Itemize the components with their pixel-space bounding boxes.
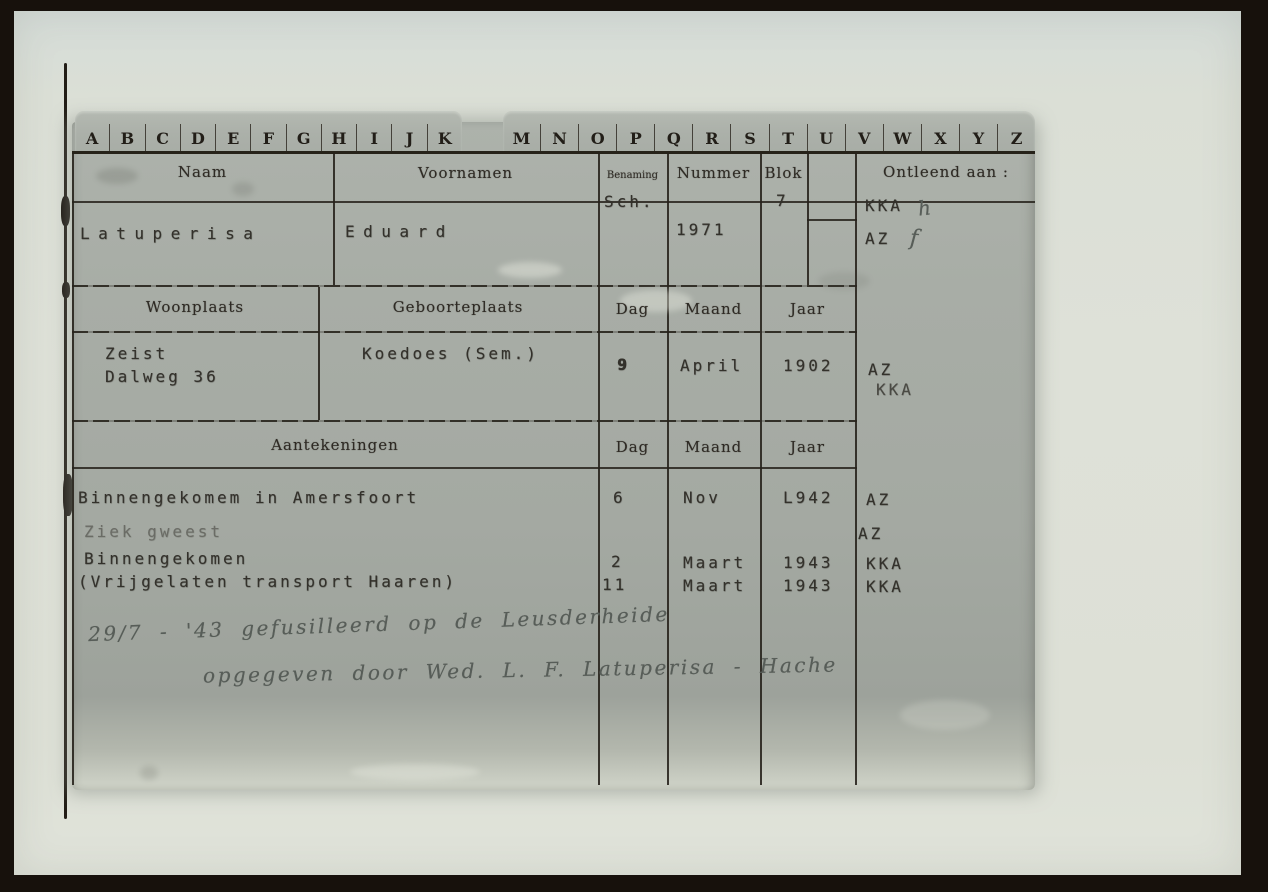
annotation-dag-1: 6 xyxy=(613,488,626,507)
alphabet-tab: B xyxy=(109,124,144,153)
header-blok: Blok xyxy=(760,164,807,182)
stain xyxy=(140,766,158,780)
table-rule-row2-bottom xyxy=(72,420,857,422)
header-nummer: Nummer xyxy=(667,164,760,182)
annotation-jaar-4: 1943 xyxy=(783,576,834,595)
alphabet-tab: R xyxy=(692,124,730,153)
alphabet-tab: M xyxy=(503,124,540,153)
alphabet-tab: Y xyxy=(959,124,997,153)
table-rule-dag-maand xyxy=(667,153,669,785)
value-benaming: Sch. xyxy=(604,192,655,211)
annotation-jaar-3: 1943 xyxy=(783,553,834,572)
alphabet-tab: N xyxy=(540,124,578,153)
header-woonplaats: Woonplaats xyxy=(72,298,318,316)
alphabet-tab: H xyxy=(321,124,356,153)
alphabet-tab: O xyxy=(578,124,616,153)
alphabet-tab: I xyxy=(356,124,391,153)
value-blok: 7 xyxy=(776,191,789,210)
alphabet-tab: P xyxy=(616,124,654,153)
alphabet-tab: K xyxy=(427,124,462,153)
alphabet-tab: D xyxy=(180,124,215,153)
annotation-text-4: (Vrijgelaten transport Haaren) xyxy=(78,572,457,591)
alphabet-tab: J xyxy=(391,124,426,153)
header-naam: Naam xyxy=(72,163,333,181)
alphabet-tab: C xyxy=(145,124,180,153)
annotation-code-2: AZ xyxy=(858,524,883,543)
stain xyxy=(350,764,480,780)
alphabet-tab: Z xyxy=(997,124,1035,153)
alphabet-tab: E xyxy=(215,124,250,153)
stain xyxy=(498,262,562,278)
value-naam: Latuperisa xyxy=(80,224,261,243)
header-dag-3: Dag xyxy=(598,438,667,456)
annotation-jaar-1: L942 xyxy=(783,488,834,507)
header-aantekeningen: Aantekeningen xyxy=(72,436,598,454)
header-jaar-2: Jaar xyxy=(760,300,855,318)
alphabet-tab: W xyxy=(883,124,921,153)
header-benaming: Benaming xyxy=(598,170,667,181)
table-rule-small-cell xyxy=(807,219,857,221)
stain xyxy=(900,700,990,730)
alphabet-tab: A xyxy=(75,124,109,153)
alphabet-tab: V xyxy=(845,124,883,153)
alphabet-tab: T xyxy=(769,124,807,153)
ink-blot xyxy=(61,196,70,226)
value-nummer: 1971 xyxy=(676,220,727,239)
alphabet-tab: F xyxy=(250,124,285,153)
table-rule-jaar-right xyxy=(855,153,857,785)
annotation-code-3: KKA xyxy=(866,554,904,573)
index-card xyxy=(72,122,1035,790)
table-rule-dag-left xyxy=(598,153,600,785)
annotation-maand-3: Maart xyxy=(683,553,746,572)
value-ontleend-code-2: AZ xyxy=(865,229,890,248)
value-geboorteplaats: Koedoes (Sem.) xyxy=(362,344,539,363)
value-ontleend-code-1: KKA xyxy=(865,196,903,215)
annotation-text-3: Binnengekomen xyxy=(84,549,248,568)
handwritten-initial-2: f xyxy=(909,226,919,252)
header-ontleend-aan: Ontleend aan : xyxy=(857,163,1035,181)
header-dag-2: Dag xyxy=(598,300,667,318)
header-geboorteplaats: Geboorteplaats xyxy=(318,298,598,316)
annotation-text-1: Binnengekomem in Amersfoort xyxy=(78,488,419,507)
header-maand-3: Maand xyxy=(667,438,760,456)
table-rule-left-edge xyxy=(72,153,74,785)
binder-edge-line xyxy=(64,63,67,819)
table-rule-row1-bottom xyxy=(72,285,857,287)
ink-blot xyxy=(62,282,70,298)
annotation-maand-4: Maart xyxy=(683,576,746,595)
annotation-code-1: AZ xyxy=(866,490,891,509)
value-woonplaats-line1: Zeist xyxy=(105,344,168,363)
header-maand-2: Maand xyxy=(667,300,760,318)
tab-baseline-rule xyxy=(72,151,1035,154)
header-voornamen: Voornamen xyxy=(333,164,598,182)
header-jaar-3: Jaar xyxy=(760,438,855,456)
value-voornamen: Eduard xyxy=(345,222,454,241)
alphabet-tab: X xyxy=(921,124,959,153)
annotation-dag-3: 2 xyxy=(611,552,624,571)
value-geboorte-dag: 9 xyxy=(617,355,630,374)
annotation-dag-4: 11 xyxy=(602,575,627,594)
handwritten-initial-1: h xyxy=(917,195,932,220)
annotation-code-4: KKA xyxy=(866,577,904,596)
stain xyxy=(232,182,254,196)
annotation-text-2: Ziek gweest xyxy=(84,522,223,541)
alphabet-tab: S xyxy=(730,124,768,153)
value-margin-code-kka: KKA xyxy=(876,380,914,399)
alphabet-tab: Q xyxy=(654,124,692,153)
stain xyxy=(818,272,870,290)
value-geboorte-maand: April xyxy=(680,356,743,375)
table-rule-under-header2 xyxy=(72,331,857,333)
alphabet-tab-row-m-z: M N O P Q R S T U V W X Y Z xyxy=(503,111,1035,153)
alphabet-tab-row-a-k: A B C D E F G H I J K xyxy=(75,111,462,153)
value-woonplaats-line2: Dalweg 36 xyxy=(105,367,219,386)
table-rule-under-header3 xyxy=(72,467,857,469)
annotation-maand-1: Nov xyxy=(683,488,721,507)
alphabet-tab: U xyxy=(807,124,845,153)
value-geboorte-jaar: 1902 xyxy=(783,356,834,375)
alphabet-tab: G xyxy=(286,124,321,153)
value-margin-code-az: AZ xyxy=(868,360,893,379)
table-rule-maand-jaar xyxy=(760,153,762,785)
